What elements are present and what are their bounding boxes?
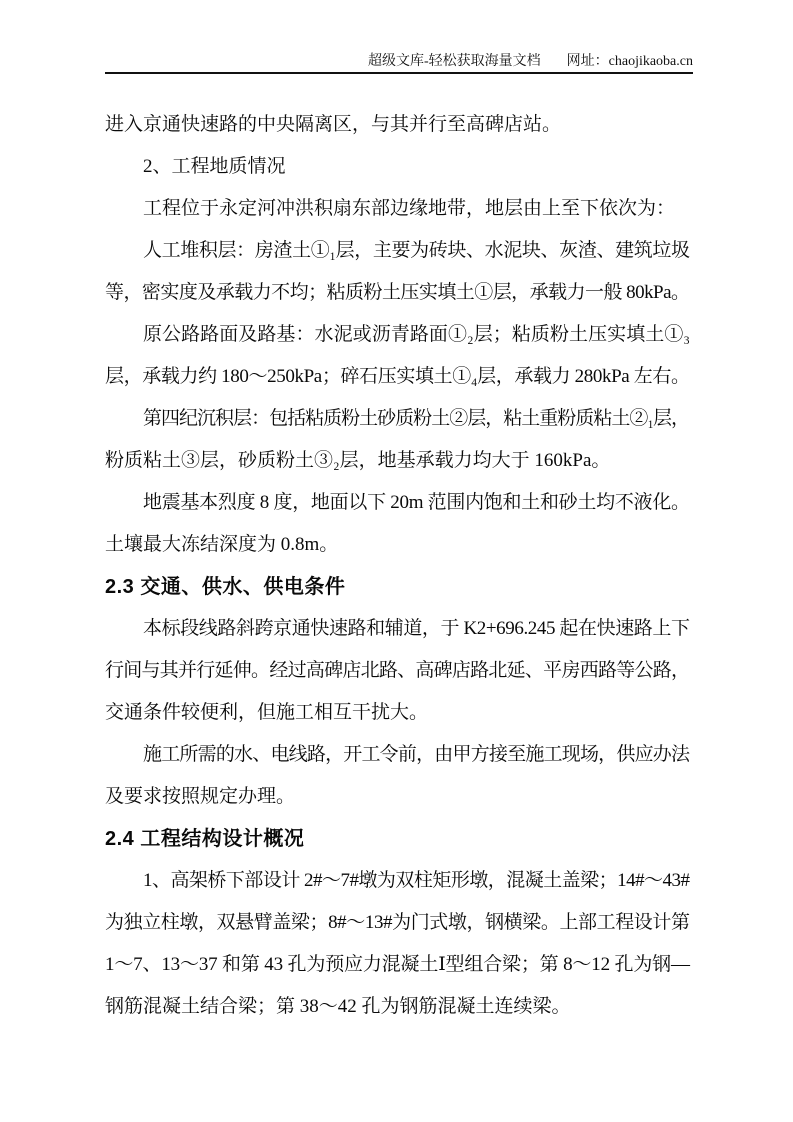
text-line: 原公路路面及路基：水泥或沥青路面①₂层；粘质粉土压实填土①₃: [105, 314, 690, 356]
page-header: 超级文库-轻松获取海量文档 网址：chaojikaoba.cn: [368, 50, 693, 70]
text-line: 层，承载力约 180～250kPa；碎石压实填土①₄层，承载力 280kPa 左…: [105, 356, 690, 398]
text-line: 本标段线路斜跨京通快速路和辅道，于 K2+696.245 起在快速路上下: [105, 608, 690, 650]
header-brand-text: 超级文库-轻松获取海量文档: [368, 50, 541, 70]
text-line: 粉质粘土③层，砂质粉土③₂层，地基承载力均大于 160kPa。: [105, 440, 690, 482]
text-line: 地震基本烈度 8 度，地面以下 20m 范围内饱和土和砂土均不液化。: [105, 482, 690, 524]
text-line: 进入京通快速路的中央隔离区，与其并行至高碑店站。: [105, 104, 690, 146]
section-heading-2-4: 2.4 工程结构设计概况: [105, 818, 690, 860]
text-line: 为独立柱墩，双悬臂盖梁；8#～13#为门式墩，钢横梁。上部工程设计第: [105, 902, 690, 944]
text-line: 等，密实度及承载力不均；粘质粉土压实填土①层，承载力一般 80kPa。: [105, 272, 690, 314]
text-line: 人工堆积层：房渣土①₁层，主要为砖块、水泥块、灰渣、建筑垃圾: [105, 230, 690, 272]
document-body: 进入京通快速路的中央隔离区，与其并行至高碑店站。 2、工程地质情况 工程位于永定…: [105, 104, 690, 1028]
text-line: 钢筋混凝土结合梁；第 38～42 孔为钢筋混凝土连续梁。: [105, 986, 690, 1028]
text-line: 交通条件较便利，但施工相互干扰大。: [105, 692, 690, 734]
section-heading-2-3: 2.3 交通、供水、供电条件: [105, 566, 690, 608]
text-line: 1、高架桥下部设计 2#～7#墩为双柱矩形墩，混凝土盖梁；14#～43#: [105, 860, 690, 902]
text-line: 行间与其并行延伸。经过高碑店北路、高碑店路北延、平房西路等公路，: [105, 650, 690, 692]
header-rule: [105, 72, 693, 74]
text-line: 土壤最大冻结深度为 0.8m。: [105, 524, 690, 566]
text-line: 工程位于永定河冲洪积扇东部边缘地带，地层由上至下依次为：: [105, 188, 690, 230]
text-line: 第四纪沉积层：包括粘质粉土砂质粉土②层，粘土重粉质粘土②₁层，: [105, 398, 690, 440]
text-line: 1～7、13～37 和第 43 孔为预应力混凝土Ⅰ型组合梁；第 8～12 孔为钢…: [105, 944, 690, 986]
document-page: 超级文库-轻松获取海量文档 网址：chaojikaoba.cn 进入京通快速路的…: [0, 0, 793, 1122]
text-line: 施工所需的水、电线路，开工令前，由甲方接至施工现场，供应办法: [105, 734, 690, 776]
text-line: 2、工程地质情况: [105, 146, 690, 188]
header-site-text: 网址：chaojikaoba.cn: [567, 50, 693, 70]
text-line: 及要求按照规定办理。: [105, 776, 690, 818]
